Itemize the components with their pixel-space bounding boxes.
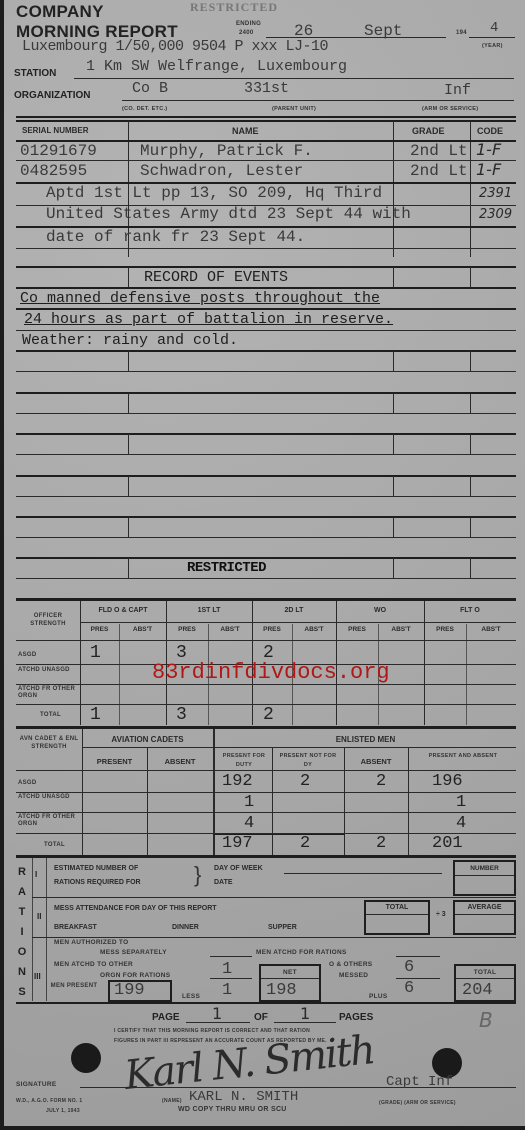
total-1st-lt-pres: 3 — [176, 705, 187, 725]
date-label: DATE — [214, 879, 233, 886]
event-line: Weather: rainy and cold. — [22, 332, 238, 349]
rations-side-label: R A T I O N S — [16, 862, 28, 1002]
record-of-events-heading: RECORD OF EVENTS — [144, 269, 288, 286]
person-name: Schwadron, Lester — [140, 162, 303, 180]
row-label-asgd: ASGD — [18, 652, 37, 658]
officers-others-messed-value: 6 — [404, 958, 414, 977]
typed-name: KARL N. SMITH — [189, 1089, 298, 1105]
total-present-for-duty: 197 — [222, 834, 253, 853]
remark-code: 2309 — [479, 207, 512, 222]
grade: 2nd Lt — [410, 142, 468, 160]
serial-number: 0482595 — [20, 162, 87, 180]
form-number: W.D., A.G.O. FORM NO. 1 — [16, 1098, 82, 1104]
event-line: 24 hours as part of battalion in reserve… — [24, 311, 393, 328]
atchd-fr-other-present-and-absent: 4 — [456, 814, 466, 833]
station-underline — [74, 78, 514, 79]
restricted-stamp-top: RESTRICTED — [190, 0, 278, 15]
event-line: Co manned defensive posts throughout the — [20, 290, 380, 307]
page-number: 1 — [212, 1004, 222, 1023]
men-present-label: MEN PRESENT — [48, 982, 100, 990]
ending-time: 2400 — [239, 30, 254, 36]
punch-hole-left — [71, 1043, 101, 1073]
form-date: JULY 1, 1943 — [46, 1108, 80, 1114]
copy-instruction: WD COPY THRU MRU OR SCU — [178, 1106, 287, 1113]
col-header-name: NAME — [232, 126, 259, 136]
year-label: (YEAR) — [482, 43, 503, 49]
signature-label: SIGNATURE — [16, 1081, 57, 1088]
remark-code: 2391 — [479, 186, 512, 201]
remark-line: Aptd 1st Lt pp 13, SO 209, Hq Third — [46, 184, 382, 202]
organization-underline — [122, 100, 514, 101]
org-company: Co B — [132, 80, 168, 97]
group-header: 2D LT — [252, 607, 336, 614]
net-value: 198 — [266, 981, 297, 1000]
dinner-label: DINNER — [172, 924, 199, 931]
code: 1-F — [476, 140, 501, 159]
men-present-value: 199 — [114, 981, 145, 1000]
breakfast-label: BREAKFAST — [54, 924, 97, 931]
enlisted-men-header: ENLISTED MEN — [215, 735, 516, 744]
plus-value: 6 — [404, 979, 414, 998]
asgd-absent: 2 — [376, 772, 386, 791]
divide-by-three: ÷ 3 — [436, 910, 446, 920]
watermark-text: 83rdinfdivdocs.org — [152, 660, 390, 685]
year-digit: 4 — [490, 20, 498, 36]
certify-text-line1: I CERTIFY THAT THIS MORNING REPORT IS CO… — [114, 1028, 310, 1034]
day-of-week-label: DAY OF WEEK — [214, 865, 263, 872]
total-present-not-for-duty: 2 — [300, 834, 310, 853]
rations-total-value: 204 — [462, 981, 493, 1000]
row-label-total: TOTAL — [40, 712, 61, 718]
atchd-unasgd-present-and-absent: 1 — [456, 793, 466, 812]
asgd-present-not-for-duty: 2 — [300, 772, 310, 791]
aviation-cadets-header: AVIATION CADETS — [82, 735, 213, 744]
report-date-month: Sept — [364, 22, 402, 40]
atchd-unasgd-present-for-duty: 1 — [244, 793, 254, 812]
col-header-grade: GRADE — [412, 126, 445, 136]
group-header: 1ST LT — [166, 607, 252, 614]
name-label: (NAME) — [162, 1098, 182, 1104]
code: 1-F — [476, 160, 501, 179]
org-sub-company: (CO. DET. ETC.) — [122, 106, 167, 112]
total-present-and-absent: 201 — [432, 834, 463, 853]
person-name: Murphy, Patrick F. — [140, 142, 313, 160]
form-title-company: COMPANY — [16, 2, 104, 22]
group-header: FLT O — [424, 607, 516, 614]
map-reference: Luxembourg 1/50,000 9504 P xxx LJ-10 — [22, 38, 328, 55]
total-fld-o-capt-pres: 1 — [90, 705, 101, 725]
atchd-other-orgn-value: 1 — [222, 960, 232, 979]
restricted-stamp-mid: RESTRICTED — [187, 560, 266, 576]
remark-line: date of rank fr 23 Sept 44. — [46, 228, 305, 246]
atchd-fr-other-present-for-duty: 4 — [244, 814, 254, 833]
col-header-serial: SERIAL NUMBER — [22, 126, 89, 135]
group-header: FLD O & CAPT — [80, 607, 166, 614]
remark-line: United States Army dtd 23 Sept 44 with — [46, 205, 411, 223]
grade: 2nd Lt — [410, 162, 468, 180]
row-label-atchd-unasgd: ATCHD UNASGD — [18, 667, 74, 674]
grade-arm: Capt Inf — [386, 1074, 453, 1090]
year-underline — [469, 37, 515, 38]
asgd-present-for-duty: 192 — [222, 772, 253, 791]
total-2d-lt-pres: 2 — [263, 705, 274, 725]
ending-label: ENDING — [236, 21, 261, 27]
org-parent-unit: 331st — [244, 80, 289, 97]
total-absent: 2 — [376, 834, 386, 853]
org-sub-parent: (PARENT UNIT) — [272, 106, 316, 112]
org-sub-arm: (ARM OR SERVICE) — [422, 106, 478, 112]
station-value: 1 Km SW Welfrange, Luxembourg — [86, 58, 347, 75]
asgd-fld-o-capt-pres: 1 — [90, 643, 101, 663]
enl-strength-header: AVN CADET & ENL STRENGTH — [16, 735, 82, 751]
less-value: 1 — [222, 981, 232, 1000]
total-pages: 1 — [300, 1004, 310, 1023]
officer-strength-header: OFFICER STRENGTH — [18, 612, 78, 628]
asgd-present-and-absent: 196 — [432, 772, 463, 791]
organization-label: ORGANIZATION — [14, 90, 90, 101]
station-label: STATION — [14, 68, 56, 79]
grade-arm-label: (GRADE) (ARM OR SERVICE) — [379, 1100, 456, 1106]
margin-initial: B — [479, 1008, 493, 1032]
year-prefix: 194 — [456, 30, 467, 36]
group-header: WO — [336, 607, 424, 614]
row-label-atchd-fr-other: ATCHD FR OTHER ORGN — [18, 686, 78, 700]
supper-label: SUPPER — [268, 924, 297, 931]
org-arm: Inf — [444, 82, 471, 99]
morning-report-form: COMPANY MORNING REPORT RESTRICTED ENDING… — [4, 0, 525, 1126]
serial-number: 01291679 — [20, 142, 97, 160]
col-header-code: CODE — [477, 126, 503, 136]
